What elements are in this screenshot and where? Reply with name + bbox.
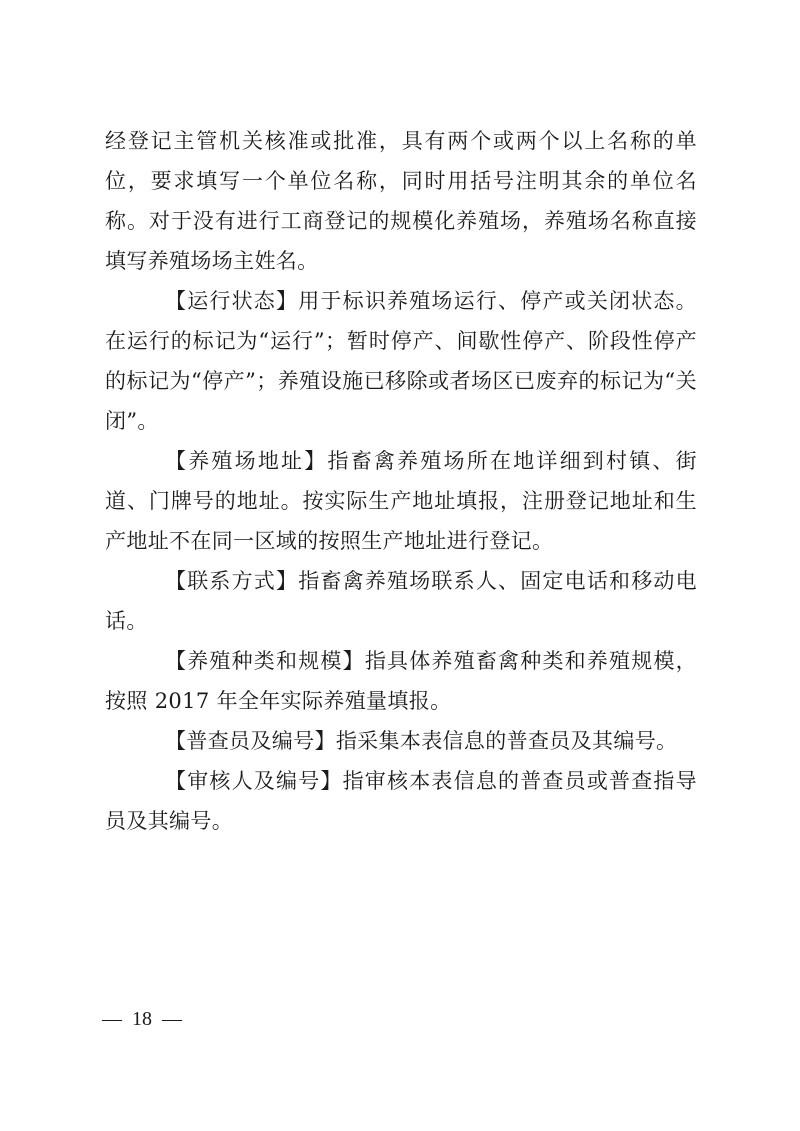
paragraph-contact-info: 【联系方式】指畜禽养殖场联系人、固定电话和移动电话。: [105, 561, 697, 641]
paragraph-reviewer: 【审核人及编号】指审核本表信息的普查员或普查指导员及其编号。: [105, 761, 697, 841]
term-label: 【运行状态】: [165, 289, 298, 313]
page-number: — 18 —: [102, 1008, 182, 1031]
term-label: 【联系方式】: [165, 569, 298, 593]
term-label: 【养殖场地址】: [165, 449, 327, 473]
paragraph-farm-address: 【养殖场地址】指畜禽养殖场所在地详细到村镇、街道、门牌号的地址。按实际生产地址填…: [105, 441, 697, 561]
paragraph-unit-name-continued: 经登记主管机关核准或批准，具有两个或两个以上名称的单位，要求填写一个单位名称，同…: [105, 121, 697, 281]
term-label: 【普查员及编号】: [165, 729, 336, 753]
paragraph-text: 指采集本表信息的普查员及其编号。: [336, 729, 678, 753]
paragraph-species-scale: 【养殖种类和规模】指具体养殖畜禽种类和养殖规模，按照 2017 年全年实际养殖量…: [105, 641, 697, 721]
paragraph-census-taker: 【普查员及编号】指采集本表信息的普查员及其编号。: [105, 721, 697, 761]
term-label: 【养殖种类和规模】: [165, 649, 365, 673]
paragraph-operating-status: 【运行状态】用于标识养殖场运行、停产或关闭状态。在运行的标记为“运行”；暂时停产…: [105, 281, 697, 441]
term-label: 【审核人及编号】: [165, 769, 343, 793]
paragraph-text: 经登记主管机关核准或批准，具有两个或两个以上名称的单位，要求填写一个单位名称，同…: [105, 129, 697, 273]
document-page: 经登记主管机关核准或批准，具有两个或两个以上名称的单位，要求填写一个单位名称，同…: [105, 121, 697, 841]
